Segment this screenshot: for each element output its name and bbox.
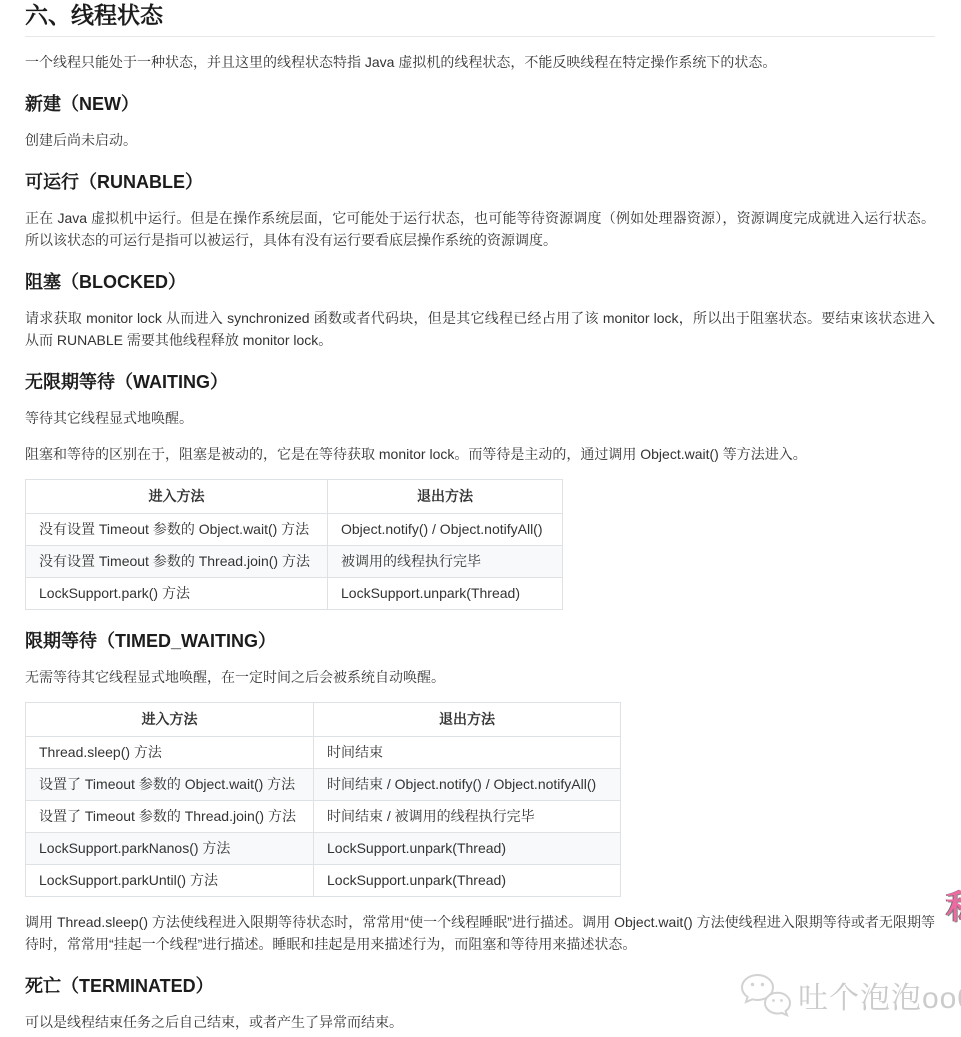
table-cell: Object.notify() / Object.notifyAll() <box>328 514 563 546</box>
table-cell: LockSupport.unpark(Thread) <box>314 833 621 865</box>
table-row: LockSupport.park() 方法 LockSupport.unpark… <box>26 578 563 610</box>
table-row: 设置了 Timeout 参数的 Object.wait() 方法 时间结束 / … <box>26 769 621 801</box>
table-cell: 设置了 Timeout 参数的 Object.wait() 方法 <box>26 769 314 801</box>
table-cell: 设置了 Timeout 参数的 Thread.join() 方法 <box>26 801 314 833</box>
table-row: 没有设置 Timeout 参数的 Thread.join() 方法 被调用的线程… <box>26 546 563 578</box>
section-blocked-paragraph: 请求获取 monitor lock 从而进入 synchronized 函数或者… <box>25 307 935 351</box>
section-new-paragraph: 创建后尚未启动。 <box>25 129 935 151</box>
table-cell: LockSupport.park() 方法 <box>26 578 328 610</box>
section-waiting-paragraph-1: 等待其它线程显式地唤醒。 <box>25 407 935 429</box>
section-timed-waiting-paragraph-2: 调用 Thread.sleep() 方法使线程进入限期等待状态时，常常用“使一个… <box>25 911 935 955</box>
table-row: LockSupport.parkNanos() 方法 LockSupport.u… <box>26 833 621 865</box>
table-cell: LockSupport.parkNanos() 方法 <box>26 833 314 865</box>
table-cell: 时间结束 <box>314 737 621 769</box>
page-title: 六、线程状态 <box>25 0 935 37</box>
table-header-enter-method: 进入方法 <box>26 703 314 737</box>
table-cell: LockSupport.parkUntil() 方法 <box>26 865 314 897</box>
table-cell: 时间结束 / 被调用的线程执行完毕 <box>314 801 621 833</box>
table-cell: 没有设置 Timeout 参数的 Thread.join() 方法 <box>26 546 328 578</box>
section-heading-timed-waiting: 限期等待（TIMED_WAITING） <box>25 630 935 652</box>
table-cell: LockSupport.unpark(Thread) <box>314 865 621 897</box>
table-cell: Thread.sleep() 方法 <box>26 737 314 769</box>
section-heading-blocked: 阻塞（BLOCKED） <box>25 271 935 293</box>
table-header-exit-method: 退出方法 <box>328 480 563 514</box>
table-header-row: 进入方法 退出方法 <box>26 703 621 737</box>
article-page: 六、线程状态 一个线程只能处于一种状态，并且这里的线程状态特指 Java 虚拟机… <box>0 0 961 1033</box>
section-timed-waiting-paragraph-1: 无需等待其它线程显式地唤醒，在一定时间之后会被系统自动唤醒。 <box>25 666 935 688</box>
section-heading-terminated: 死亡（TERMINATED） <box>25 975 935 997</box>
section-terminated-paragraph: 可以是线程结束任务之后自己结束，或者产生了异常而结束。 <box>25 1011 935 1033</box>
table-header-enter-method: 进入方法 <box>26 480 328 514</box>
timed-waiting-methods-table: 进入方法 退出方法 Thread.sleep() 方法 时间结束 设置了 Tim… <box>25 702 621 897</box>
section-heading-runnable: 可运行（RUNABLE） <box>25 171 935 193</box>
table-row: 没有设置 Timeout 参数的 Object.wait() 方法 Object… <box>26 514 563 546</box>
table-cell: 没有设置 Timeout 参数的 Object.wait() 方法 <box>26 514 328 546</box>
intro-paragraph: 一个线程只能处于一种状态，并且这里的线程状态特指 Java 虚拟机的线程状态，不… <box>25 51 935 73</box>
table-header-row: 进入方法 退出方法 <box>26 480 563 514</box>
table-cell: 被调用的线程执行完毕 <box>328 546 563 578</box>
edge-watermark-char: 私 <box>946 890 961 924</box>
table-cell: 时间结束 / Object.notify() / Object.notifyAl… <box>314 769 621 801</box>
section-waiting-paragraph-2: 阻塞和等待的区别在于，阻塞是被动的，它是在等待获取 monitor lock。而… <box>25 443 935 465</box>
table-header-exit-method: 退出方法 <box>314 703 621 737</box>
section-heading-new: 新建（NEW） <box>25 93 935 115</box>
section-heading-waiting: 无限期等待（WAITING） <box>25 371 935 393</box>
table-row: 设置了 Timeout 参数的 Thread.join() 方法 时间结束 / … <box>26 801 621 833</box>
table-cell: LockSupport.unpark(Thread) <box>328 578 563 610</box>
table-row: Thread.sleep() 方法 时间结束 <box>26 737 621 769</box>
section-runnable-paragraph: 正在 Java 虚拟机中运行。但是在操作系统层面，它可能处于运行状态，也可能等待… <box>25 207 935 251</box>
waiting-methods-table: 进入方法 退出方法 没有设置 Timeout 参数的 Object.wait()… <box>25 479 563 610</box>
table-row: LockSupport.parkUntil() 方法 LockSupport.u… <box>26 865 621 897</box>
